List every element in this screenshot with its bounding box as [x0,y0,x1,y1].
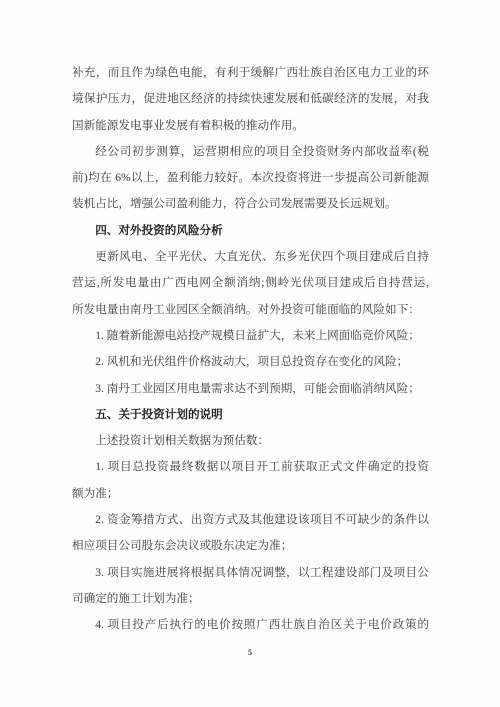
text-line: 所发电量由南丹工业园区全额消纳。对外投资可能面临的风险如下： [72,297,429,323]
text-line: 相应项目公司股东会决议或股东决定为准； [72,533,429,559]
page-footer: 5 [0,642,500,660]
text-line: 前)均在 6%以上，盈利能力较好。本次投资将进一步提高公司新能源 [72,165,429,191]
list-item-note-4: 4. 项目投产后执行的电价按照广西壮族自治区关于电价政策的 [72,612,429,638]
document-page: 补充，而且作为绿色电能，有利于缓解广西壮族自治区电力工业的环 境保护压力，促进地… [0,0,500,707]
text-line: 补充，而且作为绿色电能，有利于缓解广西壮族自治区电力工业的环 [72,60,429,86]
section-heading-investment-plan: 五、关于投资计划的说明 [72,402,429,428]
text-line: 经公司初步测算，运营期相应的项目全投资财务内部收益率(税 [72,139,429,165]
text-line: 司确定的施工计划为准； [72,586,429,612]
section-heading-risk-analysis: 四、对外投资的风险分析 [72,218,429,244]
document-text-block: 补充，而且作为绿色电能，有利于缓解广西壮族自治区电力工业的环 境保护压力，促进地… [72,60,429,639]
page-number: 5 [248,647,252,659]
list-item-note-1: 1. 项目总投资最终数据以项目开工前获取正式文件确定的投资 [72,454,429,480]
text-line: 额为准； [72,481,429,507]
text-line: 国新能源发电事业发展有着积极的推动作用。 [72,113,429,139]
list-item-risk-3: 3. 南丹工业园区用电量需求达不到预期，可能会面临消纳风险； [72,376,429,402]
text-line: 营运,所发电量由广西电网全额消纳;侧岭光伏项目建成后自持营运, [72,270,429,296]
list-item-note-2: 2. 资金筹措方式、出资方式及其他建设该项目不可缺少的条件以 [72,507,429,533]
text-line: 境保护压力，促进地区经济的持续快速发展和低碳经济的发展，对我 [72,86,429,112]
list-item-risk-2: 2. 风机和光伏组件价格波动大，项目总投资存在变化的风险； [72,349,429,375]
text-line: 装机占比，增强公司盈利能力，符合公司发展需要及长远规划。 [72,191,429,217]
text-line: 更新风电、全平光伏、大直光伏、东乡光伏四个项目建成后自持 [72,244,429,270]
list-item-note-3: 3. 项目实施进展将根据具体情况调整，以工程建设部门及项目公 [72,560,429,586]
list-item-risk-1: 1. 随着新能源电站投产规模日益扩大，未来上网面临竞价风险； [72,323,429,349]
text-line: 上述投资计划相关数据为预估数： [72,428,429,454]
